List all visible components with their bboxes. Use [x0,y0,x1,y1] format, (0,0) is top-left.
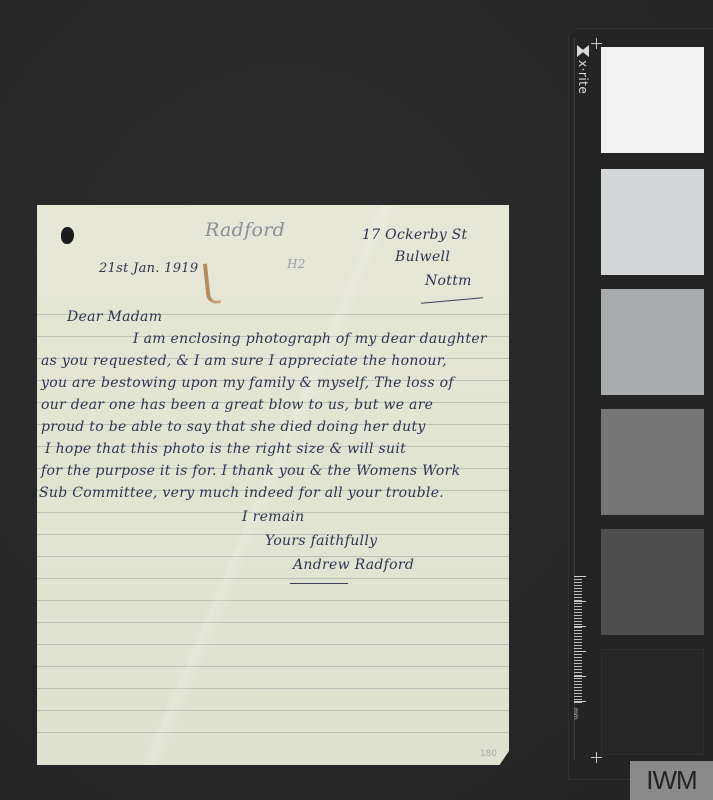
body-line: as you requested, & I am sure I apprecia… [41,353,447,369]
body-line: I am enclosing photograph of my dear dau… [133,331,487,347]
brand-label: x·rite [573,45,593,125]
letter-page: Radford H2 21st Jan. 1919 17 Ockerby St … [37,205,509,765]
color-checker: x·rite mm [568,28,713,780]
iwm-logo: IWM [630,761,713,800]
xrite-logo-icon [577,45,589,57]
signature-underline [290,583,348,584]
body-line: for the purpose it is for. I thank you &… [41,463,460,479]
gray-patch-5 [601,529,704,635]
closing-remain: I remain [242,509,304,525]
gray-patch-2 [601,169,704,275]
address-line-3: Nottm [425,273,472,289]
gray-patch-4 [601,409,704,515]
gray-patch-6 [601,649,704,755]
gray-patch-3 [601,289,704,395]
pencil-annotation: Radford [205,219,285,241]
body-line: Sub Committee, very much indeed for all … [39,485,444,501]
letter-date: 21st Jan. 1919 [99,261,198,276]
address-line-2: Bulwell [395,249,450,265]
address-line-1: 17 Ockerby St [362,227,467,243]
salutation: Dear Madam [67,309,162,325]
ruler-unit-label: mm [572,708,579,720]
pencil-annotation-sub: H2 [287,257,306,271]
body-line: our dear one has been a great blow to us… [41,397,433,413]
gray-patch-1 [601,47,704,153]
ruler-major-ticks [574,576,586,704]
body-line: I hope that this photo is the right size… [45,441,406,457]
page-number: 180 [480,749,497,759]
punch-hole [61,227,74,244]
signature: Andrew Radford [293,557,414,573]
brand-text: x·rite [576,60,590,94]
body-line: you are bestowing upon my family & mysel… [41,375,454,391]
body-line: proud to be able to say that she died do… [41,419,426,435]
closing-faithfully: Yours faithfully [265,533,377,549]
